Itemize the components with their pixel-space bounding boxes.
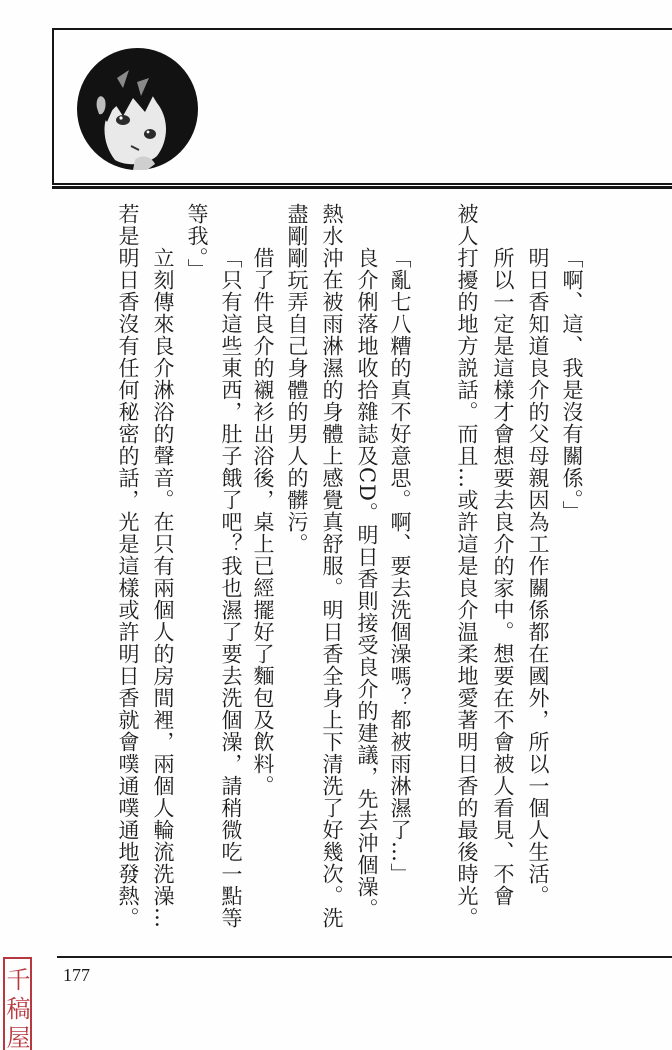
text-column: 被人打擾的地方説話。而且…或許這是良介温柔地愛著明日香的最後時光。 — [455, 203, 479, 943]
page-number: 177 — [63, 965, 90, 986]
text-column: 所以一定是這樣才會想要去良介的家中。想要在不會被人看見、不會 — [491, 203, 515, 987]
text-column: 若是明日香沒有任何秘密的話，光是這樣或許明日香就會噗通噗通地發熱。 — [116, 203, 140, 943]
character-portrait-icon — [77, 48, 198, 170]
footer-divider — [57, 956, 672, 958]
text-column: 「亂七八糟的真不好意思。啊、要去洗個澡嗎？都被雨淋濕了…」 — [388, 203, 412, 987]
text-column: 「只有這些東西，肚子餓了吧？我也濕了要去洗個澡，請稍微吃一點等 — [219, 203, 243, 987]
text-column: 良介俐落地收拾雜誌及CD。明日香則接受良介的建議，先去沖個澡。 — [355, 203, 379, 987]
text-column: 等我。」 — [185, 203, 209, 943]
text-column: 「啊、這、我是沒有關係。」 — [560, 203, 584, 987]
header-divider — [52, 186, 672, 189]
text-column: 盡剛剛玩弄自己身體的男人的髒污。 — [285, 203, 309, 943]
text-column: 借了件良介的襯衫出浴後，桌上已經擺好了麵包及飲料。 — [251, 203, 275, 987]
scanlator-seal-stamp: 千稿屋 — [3, 957, 32, 1050]
text-column: 熱水沖在被雨淋濕的身體上感覺真舒服。明日香全身上下清洗了好幾次。洗 — [320, 203, 344, 943]
text-column: 明日香知道良介的父母親因為工作關係都在國外，所以一個人生活。 — [526, 203, 550, 987]
text-column: 立刻傳來良介淋浴的聲音。在只有兩個人的房間裡，兩個人輪流洗澡… — [151, 203, 175, 987]
